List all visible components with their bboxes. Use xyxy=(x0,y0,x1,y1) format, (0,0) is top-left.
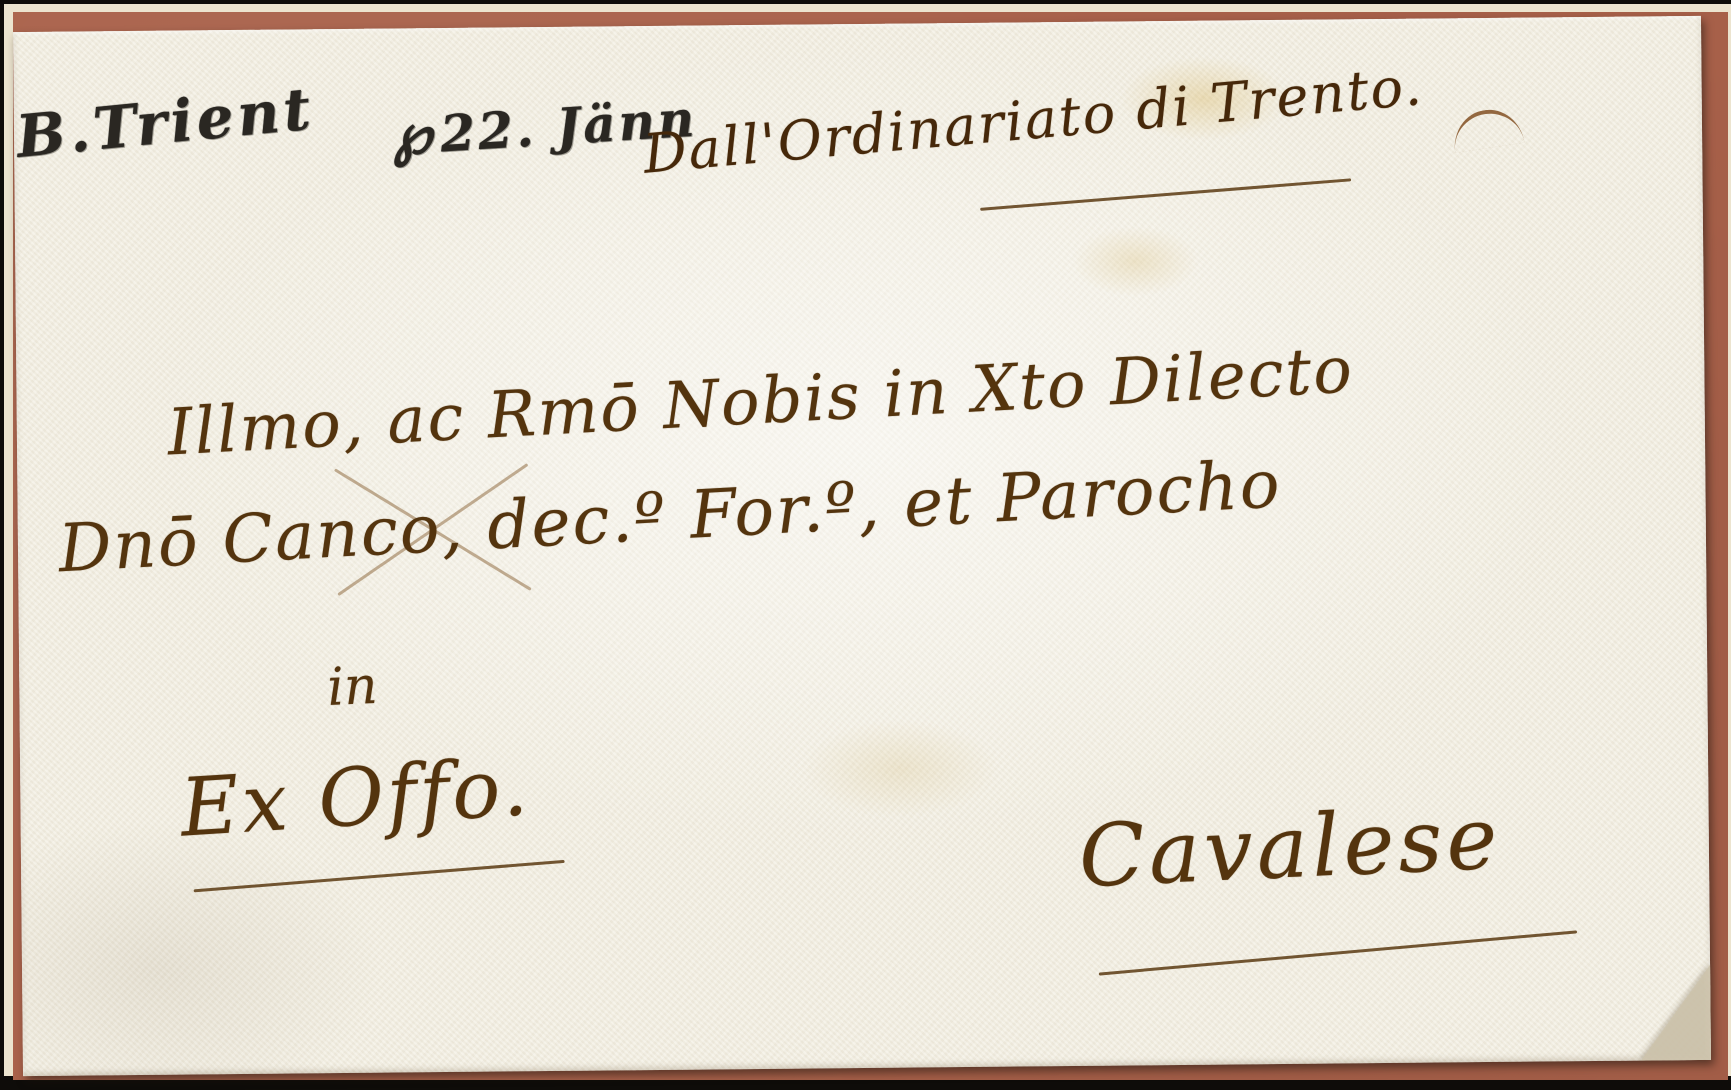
sender-header-underline xyxy=(980,178,1351,211)
flourish-ornament-icon: ℘ xyxy=(390,100,436,168)
sender-header: Dall'Ordinariato di Trento. xyxy=(641,54,1426,186)
scan-background: B.Trient ℘22. Jänn Dall'Ordinariato di T… xyxy=(0,0,1731,1090)
address-line-3: in xyxy=(326,656,379,718)
letter-cover: B.Trient ℘22. Jänn Dall'Ordinariato di T… xyxy=(13,16,1711,1076)
destination-name: Cavalese xyxy=(1077,789,1503,908)
folded-corner xyxy=(1640,965,1711,1061)
postmark-office: B.Trient xyxy=(13,74,317,171)
destination-underline xyxy=(1099,930,1577,975)
origin-note-underline xyxy=(194,860,565,893)
ink-squiggle xyxy=(1450,105,1525,153)
origin-note: Ex Offo. xyxy=(178,740,533,854)
